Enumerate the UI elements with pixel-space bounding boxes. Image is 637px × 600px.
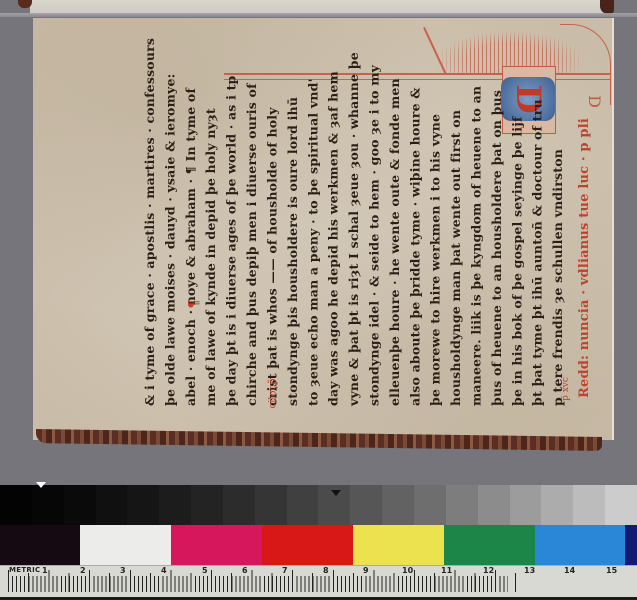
text-line: stondynge þis housholdere is oure lord i… (283, 96, 303, 406)
color-patch-navy (625, 525, 637, 565)
previous-page-edge (30, 0, 612, 14)
margin-sidenote: ciloçp̃ (268, 378, 279, 408)
black-marker-icon (331, 490, 341, 496)
ruler-number: 2 (80, 566, 86, 575)
text-line: vyne & þat þt is riȝt I schal ȝeue ȝou ·… (344, 96, 364, 406)
grey-scale-strip (0, 485, 637, 527)
binding-corner-right (600, 0, 614, 14)
color-patch-red (262, 525, 353, 565)
text-line: stondynge idel · & seide to hem · goo ȝe… (364, 96, 384, 406)
ruler-number: 4 (161, 566, 167, 575)
grey-step (127, 485, 159, 527)
ruler-number: 13 (524, 566, 535, 575)
ruler-number: 14 (564, 566, 575, 575)
grey-step (605, 485, 637, 527)
text-line: abel · enoch · noye & abraham · ¶ In tym… (181, 96, 201, 406)
grey-step (287, 485, 319, 527)
text-line: maneere. liik is þe kyngdom of heuene to… (467, 96, 487, 406)
color-patch-green (444, 525, 535, 565)
text-line: also aboute þe þridde tyme · wiþine hour… (405, 96, 425, 406)
white-marker-icon (36, 482, 46, 488)
grey-step (478, 485, 510, 527)
ruler-number: 3 (120, 566, 126, 575)
ruler-number: 15 (606, 566, 617, 575)
grey-step (573, 485, 605, 527)
margin-sidenote: p̃ xvc (561, 377, 571, 401)
text-line: day was agoo he depid his werkmen & ȝaf … (324, 96, 344, 406)
grey-step (446, 485, 478, 527)
rubric-heading: Redd: nuncia · vdlianus tue luc · p pli (575, 78, 595, 398)
color-patch-cyan-blue (535, 525, 625, 565)
ruler-number: 7 (282, 566, 288, 575)
grey-step (159, 485, 191, 527)
ruler-number: 12 (483, 566, 494, 575)
grey-step (541, 485, 573, 527)
ruler-number: 10 (402, 566, 413, 575)
grey-step (96, 485, 128, 527)
grey-step (0, 485, 32, 527)
grey-step (64, 485, 96, 527)
heading-text: Redd: nuncia · vdlianus tue luc · p pli (575, 78, 595, 398)
grey-step (223, 485, 255, 527)
grey-step (414, 485, 446, 527)
ruler-number: 6 (242, 566, 248, 575)
ruler-number: 5 (202, 566, 208, 575)
color-patch-white (80, 525, 171, 565)
grey-step (382, 485, 414, 527)
grey-step (191, 485, 223, 527)
grey-step (32, 485, 64, 527)
text-line: þe in his bok of þe gospel seyinge þe li… (507, 96, 527, 406)
glass-plate-edge (0, 13, 637, 17)
grey-step (510, 485, 542, 527)
color-patch-magenta (171, 525, 262, 565)
text-line: elleuenþe houre · he wente oute & fonde … (385, 96, 405, 406)
ruler-number: 9 (363, 566, 369, 575)
text-line: þt þat tyme þt ihū auntoñ & doctour of t… (528, 96, 548, 406)
ruler-number: 8 (323, 566, 329, 575)
text-line: crist þat is whos —— of housholde of hol… (262, 96, 282, 406)
color-patch-strip (0, 525, 637, 565)
paraph-mark-icon: ¶ (186, 300, 202, 309)
ruler-number: 1 (42, 566, 48, 575)
color-patch-yellow (353, 525, 444, 565)
ruler-number: 11 (441, 566, 452, 575)
text-line: housholdynge man þat wente out first on (446, 96, 466, 406)
text-line: þe morewe to hire werkmen i to his vyne (426, 96, 446, 406)
text-line: chirche and þus depiþ men i diuerse ouri… (242, 96, 262, 406)
text-line: me of lawe of kynde in depid þe holy nyȝ… (201, 96, 221, 406)
text-line: to ȝeue echo man a peny · to þe spiritua… (303, 96, 323, 406)
color-patch-black (0, 525, 80, 565)
ruler-label: METRIC (9, 566, 40, 574)
text-line: þe day þt is i diuerse ages of þe world … (222, 96, 242, 406)
text-line: & i tyme of grace · apostlis · martires … (140, 96, 160, 406)
manuscript-text: & i tyme of grace · apostlis · martires … (140, 96, 569, 406)
text-line: p tere frendis ȝe schullen vndirston (548, 96, 568, 406)
grey-step (350, 485, 382, 527)
grey-step (255, 485, 287, 527)
text-line: þus of heuene to an housholdere þat on þ… (487, 96, 507, 406)
text-line: þe olde lawe moises · dauyd · ysaie & ie… (160, 96, 180, 406)
